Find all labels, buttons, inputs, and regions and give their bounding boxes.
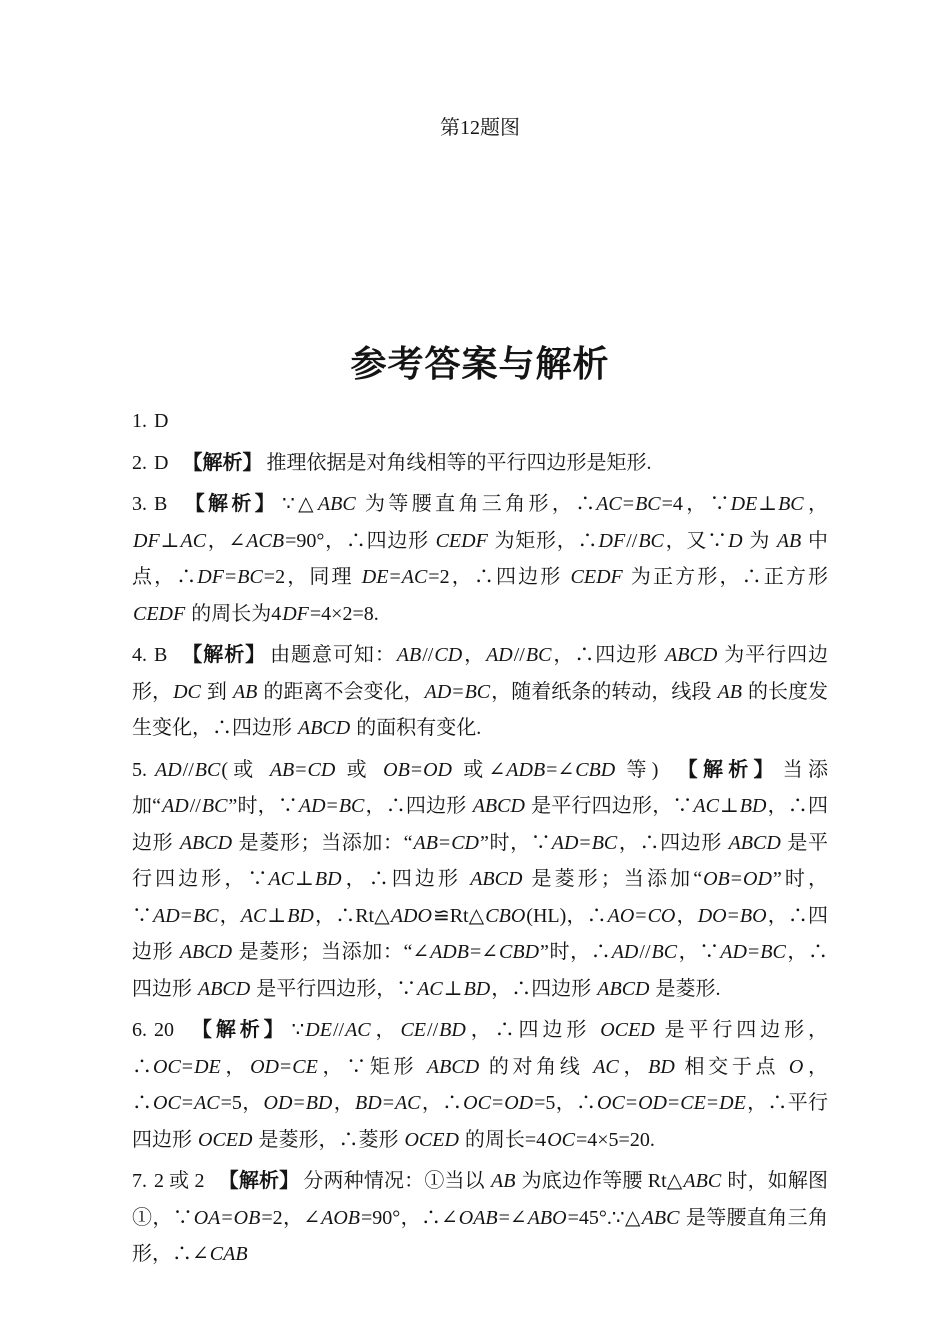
answer-item: 2.D【解析】推理依据是对角线相等的平行四边形是矩形. — [132, 445, 828, 482]
analysis-tag: 【解析】 — [188, 1019, 288, 1041]
answer-item: 4.B【解析】由题意可知：AB//CD，AD//BC，∴四边形 ABCD 为平行… — [132, 637, 828, 747]
answer-item: 1.D — [132, 403, 828, 440]
answer-number: 5. — [132, 759, 147, 781]
answer-number: 6. — [132, 1019, 147, 1041]
answer-text: AD//BC(或 AB=CD 或 OB=OD 或∠ADB=∠CBD 等) — [154, 759, 658, 781]
figure-caption: 第12题图 — [132, 117, 828, 139]
answer-item: 7.2 或 2【解析】分两种情况：①当以 AB 为底边作等腰 Rt△ABC 时，… — [132, 1163, 828, 1273]
answer-text: D — [154, 452, 168, 474]
analysis-tag: 【解析】 — [672, 759, 778, 781]
answer-number: 1. — [132, 410, 147, 432]
analysis-tag: 【解析】 — [219, 1170, 300, 1192]
document-page: 第12题图 参考答案与解析 1.D 2.D【解析】推理依据是对角线相等的平行四边… — [0, 0, 950, 1273]
analysis-tag: 【解析】 — [181, 493, 278, 515]
page-title: 参考答案与解析 — [132, 341, 828, 387]
answer-number: 3. — [132, 493, 147, 515]
analysis-text: 推理依据是对角线相等的平行四边形是矩形. — [266, 452, 651, 474]
answer-number: 7. — [132, 1170, 147, 1192]
answer-item: 3.B【解析】∵△ABC 为等腰直角三角形，∴AC=BC=4，∵DE⊥BC，DF… — [132, 486, 828, 632]
analysis-text: 当添加“AD//BC”时，∵AD=BC，∴四边形 ABCD 是平行四边形，∵AC… — [132, 759, 828, 1000]
answer-item: 6.20【解析】∵DE//AC，CE//BD，∴四边形 OCED 是平行四边形，… — [132, 1012, 828, 1158]
answer-text: D — [154, 410, 168, 432]
answer-number: 2. — [132, 452, 147, 474]
answer-text: 2 或 2 — [154, 1170, 205, 1192]
answer-text: 20 — [154, 1019, 174, 1041]
answer-item: 5.AD//BC(或 AB=CD 或 OB=OD 或∠ADB=∠CBD 等)【解… — [132, 752, 828, 1008]
answer-number: 4. — [132, 644, 147, 666]
answers-list: 1.D 2.D【解析】推理依据是对角线相等的平行四边形是矩形. 3.B【解析】∵… — [132, 403, 828, 1273]
analysis-tag: 【解析】 — [182, 452, 262, 474]
analysis-tag: 【解析】 — [181, 644, 266, 666]
answer-text: B — [154, 644, 167, 666]
answer-text: B — [154, 493, 167, 515]
